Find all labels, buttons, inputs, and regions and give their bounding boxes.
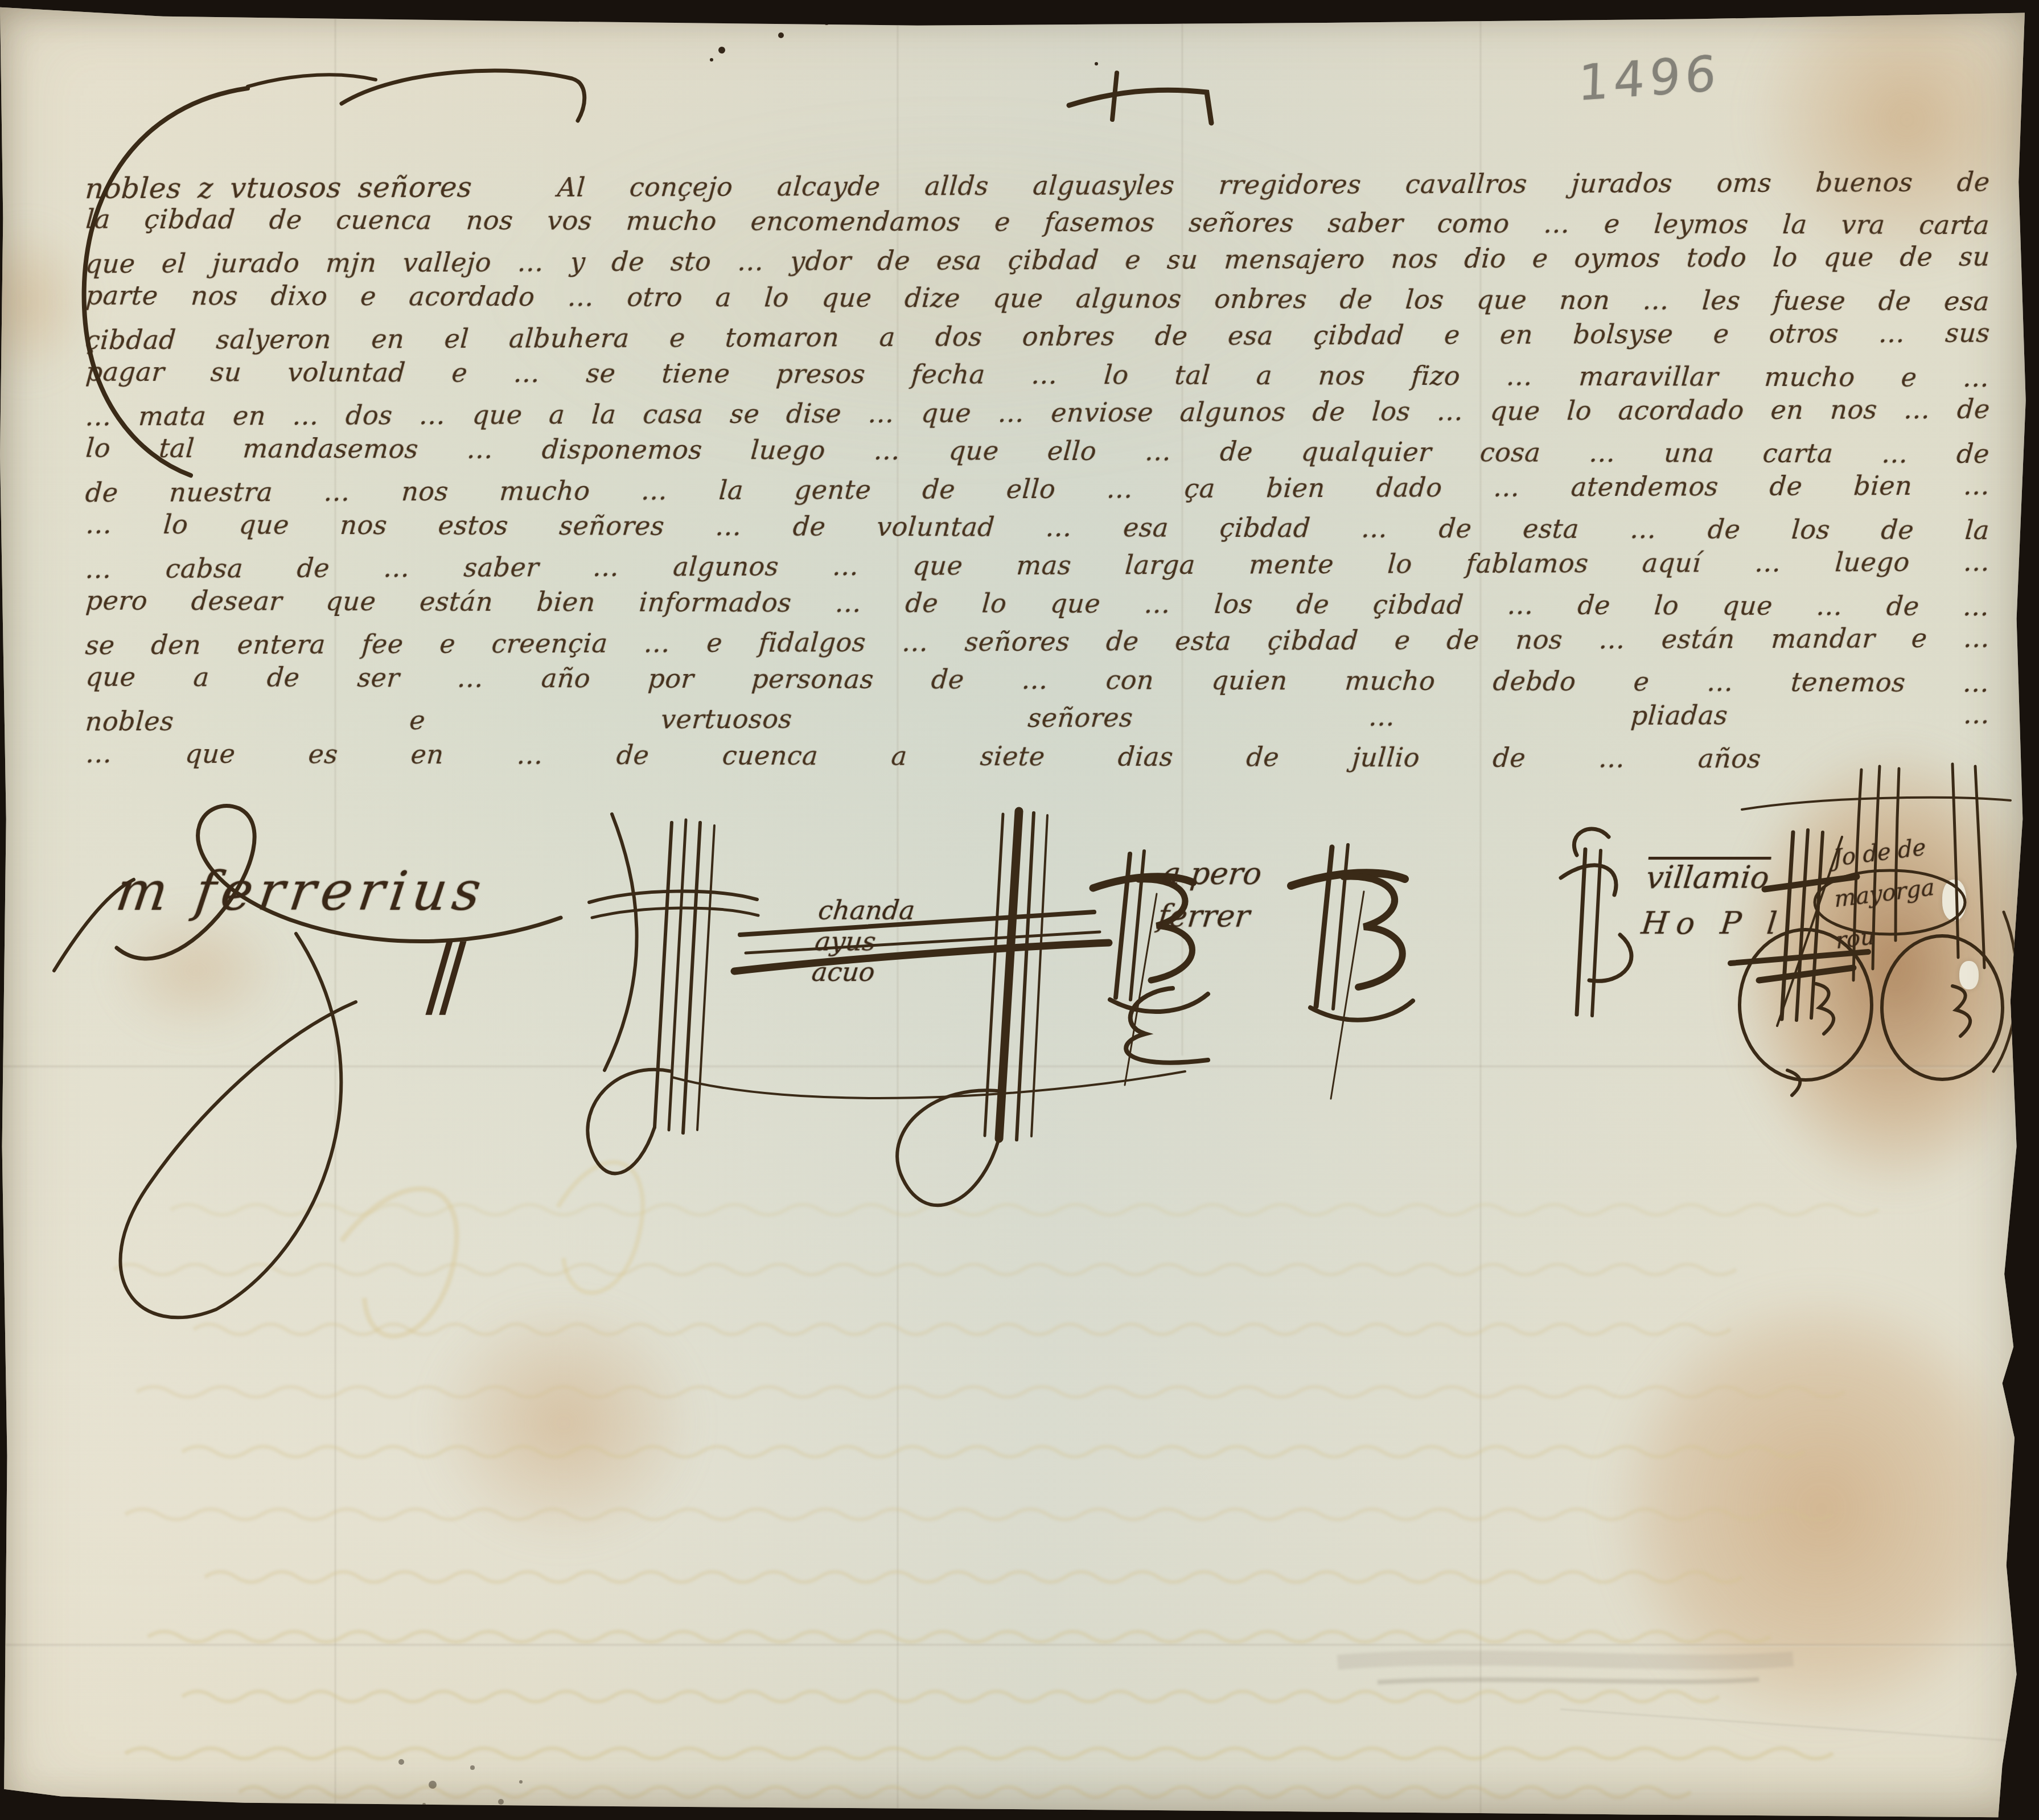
bleed-through-line	[137, 1387, 1844, 1397]
signature-line: chanda	[817, 895, 916, 926]
bleed-through-line	[182, 1447, 1804, 1457]
manuscript-line: que a de ser … año por personas de … con…	[84, 662, 1991, 706]
fold-crease-diagonal	[1560, 1708, 2026, 1743]
ink-spots	[710, 20, 1098, 65]
signature-line: villamio	[1644, 855, 1792, 901]
stain-right-bottom	[1605, 1287, 2038, 1731]
manuscript-line: … cabsa de … saber … algunos … que mas l…	[84, 547, 1991, 592]
signature-pero-ferrer: a pero ferrer	[1156, 853, 1264, 937]
bleed-through-line	[148, 1632, 1770, 1642]
ghost-smudge	[1338, 1658, 1793, 1662]
stain-left-lower	[427, 1298, 700, 1548]
ghost-smudge	[1378, 1679, 1759, 1682]
manuscript-line: nobles e vertuosos señores … pliadas …	[84, 699, 1991, 745]
signature-line: ferrer	[1156, 895, 1259, 937]
manuscript-line: çibdad salyeron en el albuhera e tomaron…	[84, 318, 1991, 363]
signature-line: acuo	[810, 956, 910, 987]
manuscript-line: … lo que nos estos señores … de voluntad…	[84, 509, 1991, 553]
signature-villamio: villamio Ho P l	[1639, 855, 1792, 946]
manuscript-paper: 1496 nobles z vtuosos señores Al conçejo…	[0, 0, 2039, 1820]
manuscript-line: lo tal mandasemos … disponemos luego … q…	[84, 433, 1991, 477]
manuscript-line: nobles z vtuosos señores Al conçejo alca…	[84, 165, 1991, 211]
signature-rubricated-2: chanda ayus acuo	[810, 895, 916, 987]
bleed-through-flourish	[558, 1162, 643, 1293]
bleed-through-line	[205, 1572, 1742, 1582]
ink-speckles	[398, 1759, 708, 1813]
manuscript-line: la çibdad de cuenca nos vos mucho encome…	[84, 204, 1991, 248]
bleed-through-line	[125, 1509, 1833, 1519]
stain-under-signature	[108, 905, 285, 1036]
bleed-through-line	[171, 1205, 1878, 1215]
manuscript-line: pero desear que están bien informados … …	[84, 585, 1991, 630]
signature-line: Ho P l	[1639, 901, 1787, 946]
bleed-through-line	[194, 1324, 1730, 1334]
manuscript-line: parte nos dixo e acordado … otro a lo qu…	[84, 280, 1991, 324]
bleed-through-line	[182, 1691, 1719, 1702]
bleed-through-line	[114, 1264, 1736, 1275]
manuscript-line: que el jurado mjn vallejo … y de sto … y…	[84, 241, 1991, 287]
fold-crease-horizontal	[0, 1644, 2039, 1647]
salutation: nobles z vtuosos señores	[84, 171, 473, 206]
bleed-through-line	[125, 1748, 1833, 1759]
bleed-through-flourish	[342, 1189, 457, 1336]
manuscript-line: … que es en … de cuenca a siete dias de …	[84, 738, 1762, 781]
manuscript-line: … mata en … dos … que a la casa se dise …	[84, 394, 1991, 439]
signature-paraph: ∥	[414, 934, 477, 1026]
signature-herrera: m ferrerius ∥	[117, 861, 486, 923]
address-line: Al conçejo alcayde allds alguasyles rreg…	[557, 167, 1991, 203]
stain-right-middle	[1730, 740, 2039, 1195]
manuscript-line: de nuestra … nos mucho … la gente de ell…	[84, 470, 1991, 516]
manuscript-text-block: nobles z vtuosos señores Al conçejo alca…	[85, 169, 1989, 779]
paper-tear-patch	[1942, 880, 1966, 921]
photo-backdrop: 1496 nobles z vtuosos señores Al conçejo…	[0, 0, 2039, 1820]
bleed-through-line	[239, 1787, 1691, 1797]
signature-name: m ferrerius	[112, 861, 490, 923]
bleed-through-lines	[114, 1205, 1878, 1797]
signature-line: ayus	[813, 926, 913, 956]
stain-left-edge	[0, 222, 91, 381]
paper-tear-patch	[1959, 961, 1979, 989]
invocation-cross-icon	[1069, 73, 1211, 123]
signature-line: a pero	[1160, 853, 1264, 895]
signature-2-rubric	[587, 811, 1185, 1205]
manuscript-line: pagar su voluntad e … se tiene presos fe…	[84, 356, 1991, 401]
fold-crease-horizontal	[0, 1066, 2039, 1069]
archival-date-pencil: 1496	[1577, 45, 1722, 112]
signature-mayorga: Jo de de mayorga rou	[1832, 826, 1937, 962]
manuscript-line: se den entera fee e creençia … e fidalgo…	[84, 623, 1991, 668]
